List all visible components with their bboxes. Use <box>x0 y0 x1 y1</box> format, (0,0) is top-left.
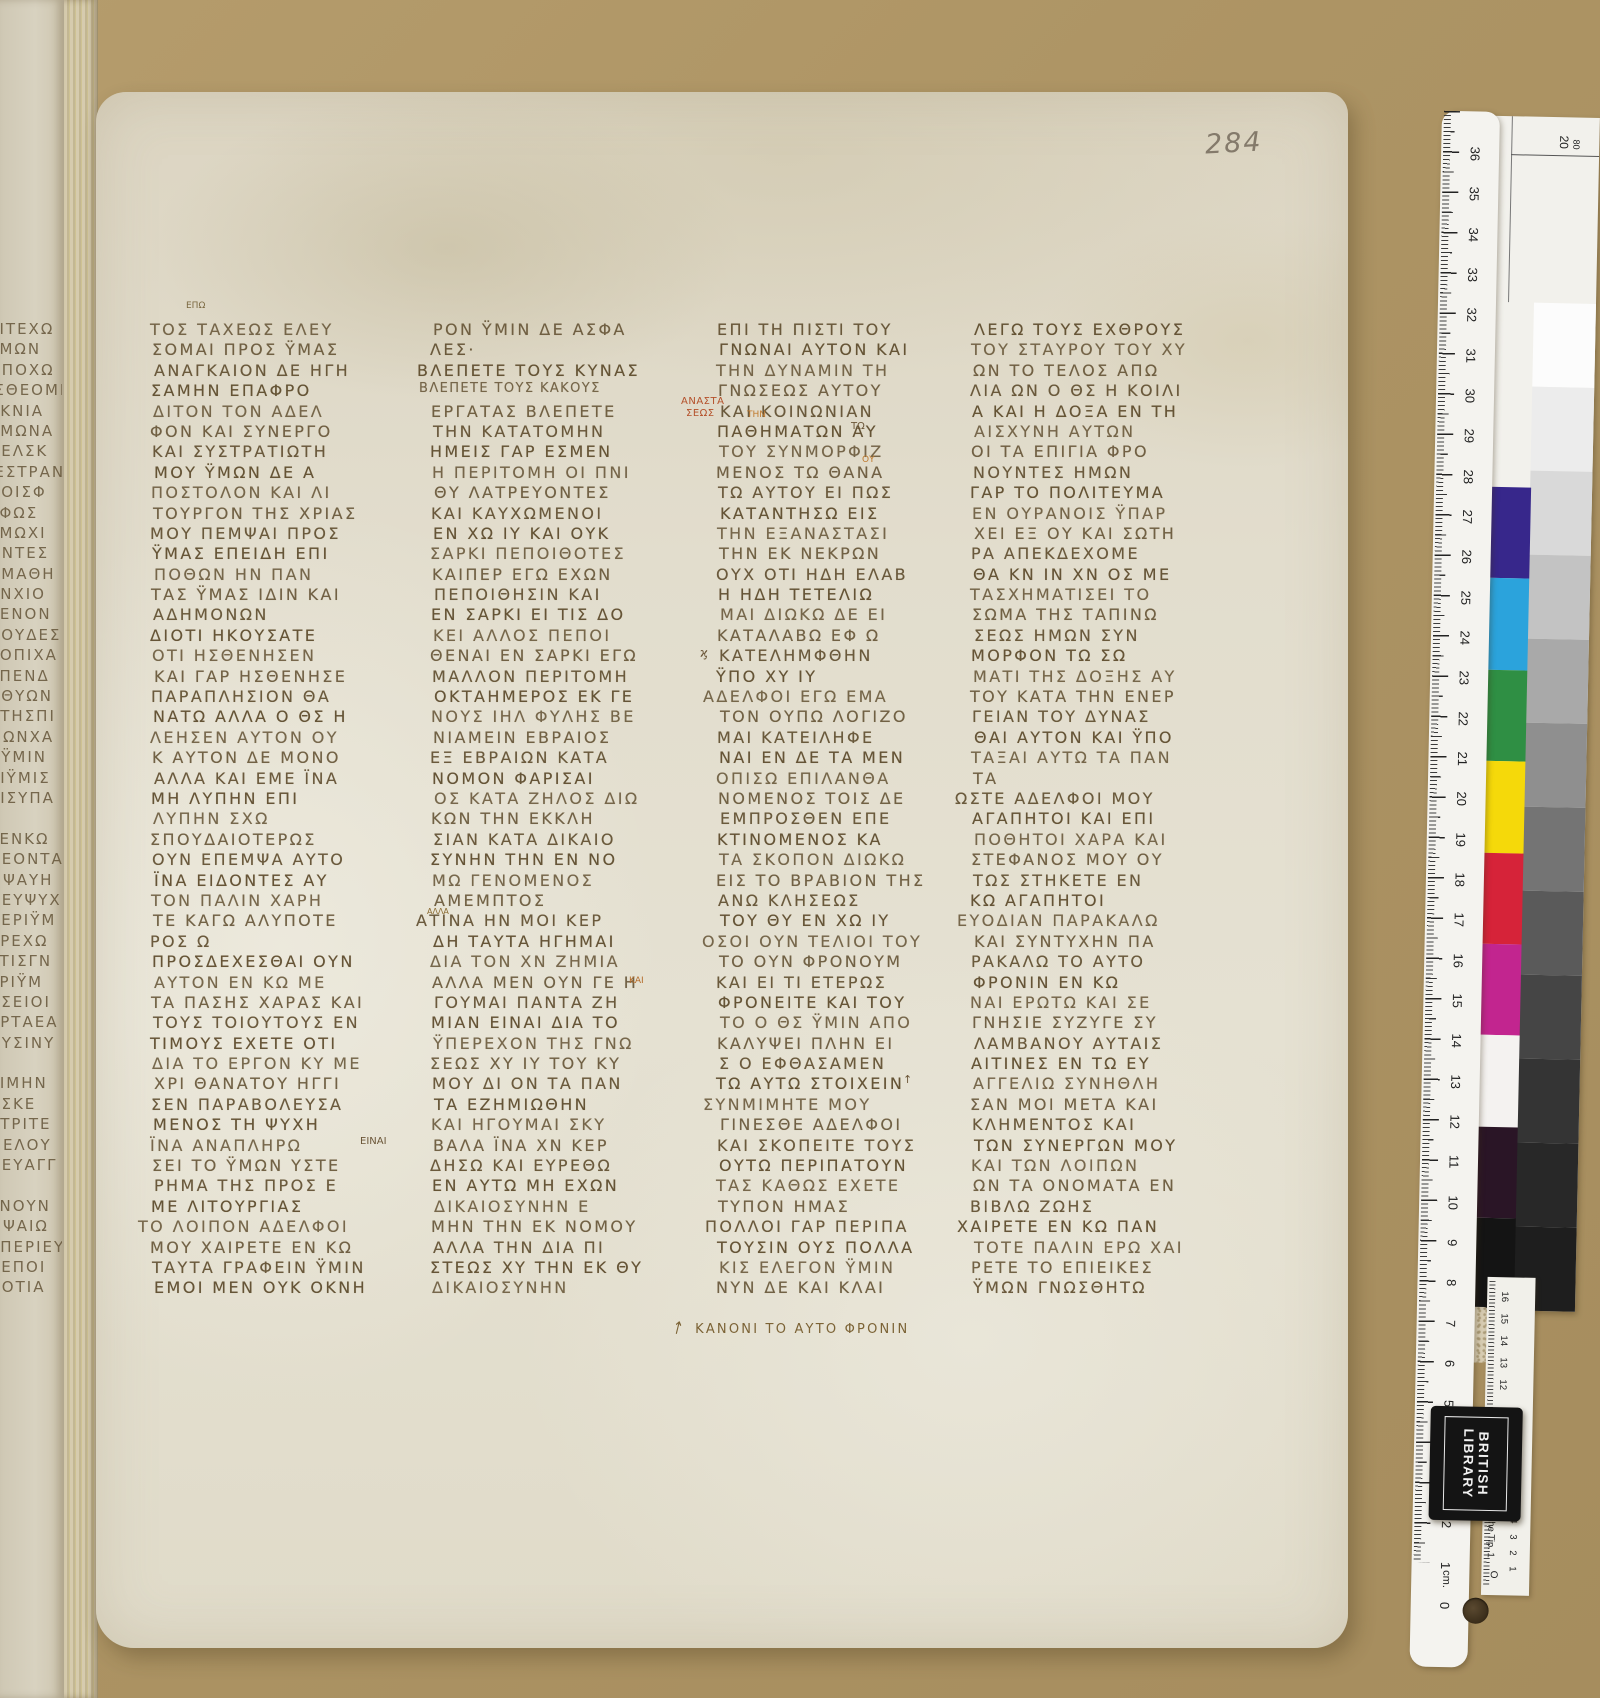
fragment-line: ΜΨΑΙΩ <box>0 1217 62 1237</box>
manuscript-line: ΤΟΝ ΟΥΠΩ ΛΟΓΙΖΟ <box>720 707 970 727</box>
marginal-note: ΤΗΝ <box>747 410 766 420</box>
manuscript-line: ΟΥΝ ΕΠΕΜΨΑ ΑΥΤΟ <box>152 850 402 870</box>
manuscript-line: ΫΜΑΣ ΕΠΕΙΔΗ ΕΠΙ <box>152 544 402 564</box>
manuscript-line: ΠΟΣΤΟΛΟΝ ΚΑΙ ΛΙ <box>151 483 401 503</box>
ruler-cm-number: 15 <box>1450 990 1465 1010</box>
gray-step-11 <box>1515 1142 1579 1227</box>
ruler-cm-number: 17 <box>1451 910 1466 930</box>
manuscript-line: ΝΑΙ ΕΡΩΤΩ ΚΑΙ ΣΕ <box>970 993 1220 1013</box>
fragment-line: ΑΡΕΧΩ <box>0 932 62 952</box>
manuscript-line: ΜΕ ΛΙΤΟΥΡΓΙΑΣ <box>151 1197 401 1217</box>
typographic-scale-number: 12 <box>1497 1379 1508 1390</box>
ruler-cm-number: 24 <box>1457 628 1472 648</box>
manuscript-line: ΤΟΣ ΤΑΧΕΩΣ ΕΛΕΥ <box>150 320 400 340</box>
manuscript-line: ΤΗΝ ΔΥΝΑΜΙΝ ΤΗ <box>716 361 966 381</box>
ruler-cm-number: 6 <box>1442 1353 1457 1373</box>
manuscript-line: ΚΑΙ ΓΑΡ ΗΣΘΕΝΗΣΕ <box>154 667 404 687</box>
typographic-scale-number: 13 <box>1497 1357 1508 1368</box>
marginal-note: ΕΙΝΑΙ <box>360 1136 387 1147</box>
fragment-line: ΝΟΙΣΦ <box>0 483 62 503</box>
gray-step-10 <box>1516 1059 1580 1144</box>
manuscript-line: ΕΝ ΧΩ ΙΥ ΚΑΙ ΟΥΚ <box>433 524 683 544</box>
typographic-scale-zero: O <box>1488 1571 1499 1579</box>
fragment-line: ΕΕΝΚΩ <box>0 830 62 850</box>
manuscript-line: ΩΝ ΤΑ ΟΝΟΜΑΤΑ ΕΝ <box>973 1176 1223 1196</box>
manuscript-line: ΛΕΗΣΕΝ ΑΥΤΟΝ ΟΥ <box>150 728 400 748</box>
grayscale-wedge <box>1513 303 1596 1312</box>
fragment-line: ΑΙΣΥΠΑ <box>0 789 62 809</box>
manuscript-line: ΜΕΝΟΣ ΤΩ ΘΑΝΑ <box>716 463 966 483</box>
manuscript-line: ΤΟΥ ΘΥ ΕΝ ΧΩ ΙΥ <box>720 911 970 931</box>
manuscript-line: ΤΗΝ ΕΚ ΝΕΚΡΩΝ <box>719 544 969 564</box>
fragment-line: ΝΟΥΔΕΣ <box>0 626 62 646</box>
ruler-cm-number: 35 <box>1467 184 1482 204</box>
ruler-cm-number: 34 <box>1466 224 1481 244</box>
manuscript-line: ΔΙΟΤΙ ΗΚΟΥΣΑΤΕ <box>150 626 400 646</box>
fragment-line: ΑΠΕΡΙΕΥ <box>0 1238 62 1258</box>
manuscript-line: Κ ΑΥΤΟΝ ΔΕ ΜΟΝΟ <box>152 748 402 768</box>
insertion-arrow: ↑ <box>903 1073 912 1086</box>
manuscript-line: ΝΟΥΣ ΙΗΛ ΦΥΛΗΣ ΒΕ <box>431 707 681 727</box>
manuscript-line: ΡΗΜΑ ΤΗΣ ΠΡΟΣ Ε <box>154 1176 404 1196</box>
manuscript-line: ΤΑΞΑΙ ΑΥΤΩ ΤΑ ΠΑΝ <box>971 748 1221 768</box>
manuscript-line: ΣΠΟΥΔΑΙΟΤΕΡΩΣ <box>150 830 400 850</box>
manuscript-line: ΔΙΑ ΤΟ ΕΡΓΟΝ ΚΥ ΜΕ <box>152 1054 402 1074</box>
folio-number: 284 <box>1204 127 1263 161</box>
manuscript-line: ΦΡΟΝΙΝ ΕΝ ΚΩ <box>973 973 1223 993</box>
manuscript-line: ΤΙΜΟΥΣ ΕΧΕΤΕ ΟΤΙ <box>150 1034 400 1054</box>
manuscript-line: ΩΣΤΕ ΑΔΕΛΦΟΙ ΜΟΥ <box>955 789 1220 809</box>
manuscript-line: ΔΙΤΟΝ ΤΟΝ ΑΔΕΛ <box>153 402 403 422</box>
manuscript-line: ΟΤΙ ΗΣΘΕΝΗΣΕΝ <box>152 646 402 666</box>
manuscript-line: ΕΝ ΑΥΤΩ ΜΗ ΕΧΩΝ <box>432 1176 682 1196</box>
card-divider-line <box>1508 116 1513 302</box>
manuscript-line: ΤΟ ΛΟΙΠΟΝ ΑΔΕΛΦΟΙ <box>138 1217 403 1237</box>
manuscript-line: ΣΙΑΝ ΚΑΤΑ ΔΙΚΑΙΟ <box>433 830 683 850</box>
ruler-cm-number: 32 <box>1464 305 1479 325</box>
typographic-scale-number: 3 <box>1507 1534 1518 1540</box>
manuscript-line: ΟΚΤΑΗΜΕΡΟΣ ΕΚ ΓΕ <box>434 687 684 707</box>
fragment-line: ΕΙΤΕΧΩ <box>0 320 62 340</box>
fragment-line: ΘΕΥΨΥΧ <box>0 891 62 911</box>
fragment-line: ΑΤΗΣΠΙ <box>0 707 62 727</box>
manuscript-line: ΛΕΓΩ ΤΟΥΣ ΕΧΘΡΟΥΣ <box>974 320 1224 340</box>
manuscript-line: ΩΝ ΤΟ ΤΕΛΟΣ ΑΠΩ <box>973 361 1223 381</box>
manuscript-line: ΤΟΥ ΚΑΤΑ ΤΗΝ ΕΝΕΡ <box>970 687 1220 707</box>
fragment-line: ΣΦΩΣ <box>0 504 62 524</box>
marginal-note: ΚΑΙ <box>629 976 644 986</box>
manuscript-line: ΦΡΟΝΕΙΤΕ ΚΑΙ ΤΟΥ <box>718 993 968 1013</box>
manuscript-line: ΚΑΙ ΚΑΥΧΩΜΕΝΟΙ <box>431 504 681 524</box>
gray-step-6 <box>1523 723 1587 808</box>
gray-step-5 <box>1525 639 1589 724</box>
manuscript-line: ΜΕΝΟΣ ΤΗ ΨΥΧΗ <box>153 1115 403 1135</box>
fragment-line: ΙΕΣΤΡΑΝ <box>0 463 62 483</box>
typographic-scale-number: 1 <box>1507 1566 1518 1572</box>
manuscript-line: ΠΟΘΗΤΟΙ ΧΑΡΑ ΚΑΙ <box>974 830 1224 850</box>
fragment-line: ΗΣΕΙΟΙ <box>0 993 62 1013</box>
manuscript-line: ΑΓΑΠΗΤΟΙ ΚΑΙ ΕΠΙ <box>972 809 1222 829</box>
fragment-line: ΝΕΛΣΚ <box>0 442 62 462</box>
manuscript-line: ΜΗ ΛΥΠΗΝ ΕΠΙ <box>151 789 401 809</box>
manuscript-line: ΧΑΙΡΕΤΕ ΕΝ ΚΩ ΠΑΝ <box>957 1217 1222 1237</box>
fragment-line: ΑΝΧΙΟ <box>0 585 62 605</box>
fragment-line: ΣΠΕΝΔ <box>0 667 62 687</box>
manuscript-line: ΚΑΙ ΗΓΟΥΜΑΙ ΣΚΥ <box>431 1115 681 1135</box>
manuscript-line: ΓΝΗΣΙΕ ΣΥΖΥΓΕ ΣΥ <box>972 1013 1222 1033</box>
gray-step-9 <box>1518 975 1582 1060</box>
manuscript-line: ΑΤΙΝΑ ΗΝ ΜΟΙ ΚΕΡ <box>416 911 681 931</box>
manuscript-line: ΟΣΟΙ ΟΥΝ ΤΕΛΙΟΙ ΤΟΥ <box>702 932 967 952</box>
ruler-cm-number: 21 <box>1455 749 1470 769</box>
fragment-line: ΣΤΙΣΓΝ <box>0 952 62 972</box>
manuscript-line: ΝΟΜΟΝ ΦΑΡΙΣΑΙ <box>432 769 682 789</box>
marginal-note-red: ΑΝΑΣΤΑ <box>681 396 724 407</box>
fragment-line: ΘΟΤΙΑ <box>0 1278 62 1298</box>
manuscript-line: ΝΑΤΩ ΑΛΛΑ Ο ΘΣ Η <box>153 707 403 727</box>
manuscript-line: ΜΑΙ ΔΙΩΚΩ ΔΕ ΕΙ <box>720 605 970 625</box>
manuscript-line: ΔΗΣΩ ΚΑΙ ΕΥΡΕΘΩ <box>430 1156 680 1176</box>
manuscript-line: ΘΥ ΛΑΤΡΕΥΟΝΤΕΣ <box>434 483 684 503</box>
manuscript-line: ΓΟΥΜΑΙ ΠΑΝΤΑ ΖΗ <box>434 993 684 1013</box>
manuscript-line: ΜΑΙ ΚΑΤΕΙΛΗΦΕ <box>717 728 967 748</box>
ruler-cm-number: 8 <box>1444 1273 1459 1293</box>
manuscript-line: ΑΜΕΜΠΤΟΣ <box>434 891 684 911</box>
manuscript-line: ΟΣ ΚΑΤΑ ΖΗΛΟΣ ΔΙΩ <box>434 789 684 809</box>
fragment-line: ΝΫΜΙΝ <box>0 748 62 768</box>
manuscript-line: ΤΑ ΣΚΟΠΟΝ ΔΙΩΚΩ <box>719 850 969 870</box>
manuscript-line: ΕΝ ΟΥΡΑΝΟΙΣ ΫΠΑΡ <box>972 504 1222 524</box>
library-label-line: LIBRARY <box>1460 1428 1476 1498</box>
manuscript-line: ΠΑΡΑΠΛΗΣΙΟΝ ΘΑ <box>151 687 401 707</box>
fragment-line: ΗΘΥΩΝ <box>0 687 62 707</box>
manuscript-line: ΔΙΚΑΙΟΣΥΝΗΝ Ε <box>434 1197 684 1217</box>
ruler-cm-number: 26 <box>1459 547 1474 567</box>
manuscript-line: ΤΑ ΕΖΗΜΙΩΘΗΝ <box>434 1095 684 1115</box>
typographic-scale-number: 14 <box>1498 1335 1509 1346</box>
fragment-line: ΣΜΩΝ <box>0 340 62 360</box>
book-fore-edge <box>64 0 98 1698</box>
fragment-line: ΟΠΟΧΩ <box>0 361 62 381</box>
ruler-cm-number: 33 <box>1465 265 1480 285</box>
manuscript-line: ΒΑΛΑ ΪΝΑ ΧΝ ΚΕΡ <box>433 1136 683 1156</box>
manuscript-line: ΣΟΜΑΙ ΠΡΟΣ ΫΜΑΣ <box>152 340 402 360</box>
manuscript-line: ΓΝΩΣΕΩΣ ΑΥΤΟΥ <box>718 381 968 401</box>
fragment-line: ΟΝΤΕΣ <box>0 544 62 564</box>
ruler-unit-label: cm. <box>1440 1570 1452 1588</box>
manuscript-line: ΑΛΛΑ ΚΑΙ ΕΜΕ ΪΝΑ <box>154 769 404 789</box>
manuscript-line: ΤΗΝ ΚΑΤΑΤΟΜΗΝ <box>433 422 683 442</box>
manuscript-line: ΫΠΟ ΧΥ ΙΥ <box>716 667 966 687</box>
ruler-hole <box>1462 1597 1489 1624</box>
manuscript-line: ΕΜΠΡΟΣΘΕΝ ΕΠΕ <box>720 809 970 829</box>
manuscript-line: ΜΑΛΛΟΝ ΠΕΡΙΤΟΜΗ <box>432 667 682 687</box>
fragment-line: ΑΙΫΜΙΣ <box>0 769 62 789</box>
manuscript-line: ΚΙΣ ΕΛΕΓΟΝ ΫΜΙΝ <box>719 1258 969 1278</box>
manuscript-line: ΣΥΝΜΙΜΗΤΕ ΜΟΥ <box>703 1095 968 1115</box>
foot-correction-text: ΚΑΝΟΝΙ ΤΟ ΑΥΤΟ ΦΡΟΝΙΝ <box>695 1322 909 1337</box>
manuscript-line: ΚΑΤΕΛΗΜΦΘΗΝ <box>719 646 969 666</box>
ruler-cm-number: 27 <box>1460 507 1475 527</box>
manuscript-line: ΕΠΙ ΤΗ ΠΙΣΤΙ ΤΟΥ <box>717 320 967 340</box>
manuscript-line: ΜΟΥ ΔΙ ΟΝ ΤΑ ΠΑΝ <box>432 1074 682 1094</box>
manuscript-line: ΠΡΟΣΔΕΧΕΣΘΑΙ ΟΥΝ <box>152 952 402 972</box>
manuscript-line: ΟΙ ΤΑ ΕΠΙΓΙΑ ΦΡΟ <box>971 442 1221 462</box>
manuscript-line: ΚΑΙ ΣΥΝΤΥΧΗΝ ΠΑ <box>974 932 1224 952</box>
gray-step-7 <box>1522 807 1586 892</box>
fragment-line: ΟΥΣΙΝΥ <box>0 1034 62 1054</box>
manuscript-line: ΝΙΑΜΕΙΝ ΕΒΡΑΙΟΣ <box>433 728 683 748</box>
marginal-note: ΤΩ <box>851 421 865 432</box>
manuscript-line: ΦΟΝ ΚΑΙ ΣΥΝΕΡΓΟ <box>150 422 400 442</box>
ruler-cm-number: 31 <box>1463 345 1478 365</box>
manuscript-line: ΤΑΣΧΗΜΑΤΙΣΕΙ ΤΟ <box>970 585 1220 605</box>
manuscript-line: ΒΛΕΠΕΤΕ ΤΟΥΣ ΚΑΚΟΥΣ <box>419 381 684 401</box>
manuscript-line: ΤΟΥ ΣΥΝΜΟΡΦΙΖ <box>719 442 969 462</box>
manuscript-line: ΜΟΥ ΫΜΩΝ ΔΕ Α <box>154 463 404 483</box>
marginal-kai-siglum: ϗ <box>700 646 708 660</box>
card-scale-number: 80 <box>1571 139 1581 149</box>
fragment-line: ΚΙΜΗΝ <box>0 1074 62 1094</box>
fragment-line: ΣΜΩΧΙ <box>0 524 62 544</box>
fragment-line: ΚΕΝΟΝ <box>0 605 62 625</box>
manuscript-line: ΘΑ ΚΝ ΙΝ ΧΝ ΟΣ ΜΕ <box>973 565 1223 585</box>
manuscript-line: ΑΙΤΙΝΕΣ ΕΝ ΤΩ ΕΥ <box>971 1054 1221 1074</box>
manuscript-line: ΝΥΝ ΔΕ ΚΑΙ ΚΛΑΙ <box>716 1278 966 1298</box>
typographic-scale-numbers: 1615141312 <box>1488 1277 1536 1278</box>
fragment-line: ΑΤΡΙΤΕ <box>0 1115 62 1135</box>
manuscript-line: ΡΑ ΑΠΕΚΔΕΧΟΜΕ <box>971 544 1221 564</box>
manuscript-line: ΣΥΝΗΝ ΤΗΝ ΕΝ ΝΟ <box>430 850 680 870</box>
manuscript-line: ΡΑΚΑΛΩ ΤΟ ΑΥΤΟ <box>971 952 1221 972</box>
manuscript-line: ΒΙΒΛΩ ΖΩΗΣ <box>970 1197 1220 1217</box>
manuscript-line: ΚΕΙ ΑΛΛΟΣ ΠΕΠΟΙ <box>433 626 683 646</box>
manuscript-line: ΣΕΩΣ ΧΥ ΙΥ ΤΟΥ ΚΥ <box>430 1054 680 1074</box>
manuscript-line: ΚΑΤΑΝΤΗΣΩ ΕΙΣ <box>720 504 970 524</box>
fragment-line <box>0 1054 62 1074</box>
manuscript-line: ΝΟΥΝΤΕΣ ΗΜΩΝ <box>973 463 1223 483</box>
fragment-line: ΩΣΚΕ <box>0 1095 62 1115</box>
manuscript-line: ΪΝΑ ΕΙΔΟΝΤΕΣ ΑΥ <box>154 871 404 891</box>
fragment-line: ΗΜΑΘΗ <box>0 565 62 585</box>
gray-step-8 <box>1520 891 1584 976</box>
card-divider-line <box>1511 154 1599 157</box>
manuscript-line: ΟΥΧ ΟΤΙ ΗΔΗ ΕΛΑΒ <box>716 565 966 585</box>
ruler-cm-number: 23 <box>1456 668 1471 688</box>
manuscript-line: ΫΜΩΝ ΓΝΩΣΘΗΤΩ <box>973 1278 1223 1298</box>
ruler-cm-number: 13 <box>1448 1071 1463 1091</box>
manuscript-line: ΜΩ ΓΕΝΟΜΕΝΟΣ <box>432 871 682 891</box>
manuscript-line: ΕΝ ΣΑΡΚΙ ΕΙ ΤΙΣ ΔΟ <box>431 605 681 625</box>
fragment-line: ΕΝΟΥΝ <box>0 1197 62 1217</box>
manuscript-line: ΝΟΜΕΝΟΣ ΤΟΙΣ ΔΕ <box>718 789 968 809</box>
manuscript-line: ΤΟ ΟΥΝ ΦΡΟΝΟΥΜ <box>719 952 969 972</box>
manuscript-line: ΤΑΥΤΑ ΓΡΑΦΕΙΝ ΫΜΙΝ <box>152 1258 402 1278</box>
fragment-line: ΘΕΟΝΤΑ <box>0 850 62 870</box>
fragment-line: ΠΕΡΙΫΜ <box>0 911 62 931</box>
manuscript-line: ΓΙΝΕΣΘΕ ΑΔΕΛΦΟΙ <box>720 1115 970 1135</box>
ruler-cm-number: 28 <box>1461 466 1476 486</box>
manuscript-line: ΣΕΙ ΤΟ ΫΜΩΝ ΥΣΤΕ <box>152 1156 402 1176</box>
fragment-line: ΚΟΠΙΧΑ <box>0 646 62 666</box>
manuscript-line: ΠΑΘΗΜΑΤΩΝ ΑΥ <box>717 422 967 442</box>
text-column-2: ΡΟΝ ΫΜΙΝ ΔΕ ΑΣΦΑΛΕΣ·ΒΛΕΠΕΤΕ ΤΟΥΣ ΚΥΝΑΣΒΛ… <box>432 320 682 1299</box>
fragment-line: ΑΚΝΙΑ <box>0 402 62 422</box>
manuscript-line: ΓΑΡ ΤΟ ΠΟΛΙΤΕΥΜΑ <box>970 483 1220 503</box>
manuscript-line: ΕΞ ΕΒΡΑΙΩΝ ΚΑΤΑ <box>430 748 680 768</box>
previous-folio-text-fragments: ΕΙΤΕΧΩΣΜΩΝΟΠΟΧΩΙΣΘΕΟΜΙΑΚΝΙΑΑΜΩΝΑΝΕΛΣΚΙΕΣ… <box>0 320 62 1299</box>
ruler-cm-number: 14 <box>1449 1031 1464 1051</box>
card-scale-number: 20 <box>1557 135 1571 149</box>
manuscript-line: ΟΠΙΣΩ ΕΠΙΛΑΝΘΑ <box>716 769 966 789</box>
manuscript-line: ΤΑ <box>973 769 1223 789</box>
typographic-scale-number: 15 <box>1498 1313 1509 1324</box>
ruler-cm-number: 29 <box>1461 426 1476 446</box>
manuscript-line: ΠΕΠΟΙΘΗΣΙΝ ΚΑΙ <box>434 585 684 605</box>
manuscript-line: ΔΙΑ ΤΟΝ ΧΝ ΖΗΜΙΑ <box>430 952 680 972</box>
fragment-line: ΙΣΘΕΟΜΙ <box>0 381 62 401</box>
manuscript-line: ΚΑΙ ΕΙ ΤΙ ΕΤΕΡΩΣ <box>716 973 966 993</box>
fragment-line: ΜΕΛΟΥ <box>0 1136 62 1156</box>
manuscript-line: ΠΟΛΛΟΙ ΓΑΡ ΠΕΡΙΠΑ <box>705 1217 970 1237</box>
manuscript-line: ΑΙΣΧΥΝΗ ΑΥΤΩΝ <box>974 422 1224 442</box>
fragment-line: ΠΕΠΟΙ <box>0 1258 62 1278</box>
gray-step-1 <box>1532 303 1596 388</box>
manuscript-line: ΜΑΤΙ ΤΗΣ ΔΟΞΗΣ ΑΥ <box>973 667 1223 687</box>
manuscript-line: ΤΟΤΕ ΠΑΛΙΝ ΕΡΩ ΧΑΙ <box>974 1238 1224 1258</box>
manuscript-line: ΤΩΝ ΣΥΝΕΡΓΩΝ ΜΟΥ <box>974 1136 1224 1156</box>
manuscript-line: Σ Ο ΕΦΘΑΣΑΜΕΝ <box>719 1054 969 1074</box>
manuscript-line: ΤΑ ΠΑΣΗΣ ΧΑΡΑΣ ΚΑΙ <box>151 993 401 1013</box>
manuscript-line: ΚΑΙ ΣΚΟΠΕΙΤΕ ΤΟΥΣ <box>717 1136 967 1156</box>
photograph-of-codex-page: { "page": { "folio_number": "284", "bott… <box>0 0 1600 1698</box>
manuscript-line: ΚΛΗΜΕΝΤΟΣ ΚΑΙ <box>972 1115 1222 1135</box>
manuscript-line: ΑΔΗΜΟΝΩΝ <box>153 605 403 625</box>
fragment-line: ΜΩΝΧΑ <box>0 728 62 748</box>
manuscript-line: Η ΠΕΡΙΤΟΜΗ ΟΙ ΠΝΙ <box>432 463 682 483</box>
manuscript-line: ΤΟ Ο ΘΣ ΫΜΙΝ ΑΠΟ <box>720 1013 970 1033</box>
manuscript-line: ΤΕ ΚΑΓΩ ΑΛΥΠΟΤΕ <box>153 911 403 931</box>
manuscript-line: ΣΩΜΑ ΤΗΣ ΤΑΠΙΝΩ <box>972 605 1222 625</box>
typographic-scale-numbers: 4321 <box>1488 1277 1536 1278</box>
fragment-line <box>0 809 62 829</box>
ruler-cm-number: 30 <box>1462 386 1477 406</box>
fragment-line <box>0 1176 62 1196</box>
ruler-cm-number: 22 <box>1456 708 1471 728</box>
ruler-cm-number: 10 <box>1445 1192 1460 1212</box>
manuscript-line: ΑΔΕΛΦΟΙ ΕΓΩ ΕΜΑ <box>703 687 968 707</box>
manuscript-line: ΚΑΛΥΨΕΙ ΠΛΗΝ ΕΙ <box>717 1034 967 1054</box>
text-column-1: ΤΟΣ ΤΑΧΕΩΣ ΕΛΕΥΣΟΜΑΙ ΠΡΟΣ ΫΜΑΣΑΝΑΓΚΑΙΟΝ … <box>152 320 402 1299</box>
manuscript-line: ΜΟΥ ΧΑΙΡΕΤΕ ΕΝ ΚΩ <box>150 1238 400 1258</box>
manuscript-line: ΓΝΩΝΑΙ ΑΥΤΟΝ ΚΑΙ <box>719 340 969 360</box>
british-library-clip: BRITISH LIBRARY <box>1429 1406 1523 1522</box>
fragment-line: ΕΡΙΫΜ <box>0 973 62 993</box>
typographic-scale-number: 16 <box>1499 1291 1510 1302</box>
manuscript-line: ΑΥΤΟΝ ΕΝ ΚΩ ΜΕ <box>154 973 404 993</box>
manuscript-line: ΤΟΥ ΣΤΑΥΡΟΥ ΤΟΥ ΧΥ <box>971 340 1221 360</box>
manuscript-line: Η ΗΔΗ ΤΕΤΕΛΙΩ <box>718 585 968 605</box>
manuscript-line: ΜΟΡΦΟΝ ΤΩ ΣΩ <box>971 646 1221 666</box>
manuscript-line: ΡΟΝ ΫΜΙΝ ΔΕ ΑΣΦΑ <box>433 320 683 340</box>
foot-correction-note: ↑ΚΑΝΟΝΙ ΤΟ ΑΥΤΟ ΦΡΟΝΙΝ <box>672 1322 909 1337</box>
manuscript-line: ΚΑΤΑΛΑΒΩ ΕΦ Ω <box>717 626 967 646</box>
manuscript-line: ΤΩ ΑΥΤΟΥ ΕΙ ΠΩΣ <box>718 483 968 503</box>
marginal-note: ΑΛΛΑ <box>427 907 449 916</box>
manuscript-line: ΑΝΩ ΚΛΗΣΕΩΣ <box>718 891 968 911</box>
ruler-cm-number: 19 <box>1453 829 1468 849</box>
gray-step-3 <box>1529 471 1593 556</box>
marginal-note-red: ΣΕΩΣ <box>686 408 715 419</box>
ruler-cm-number: 11 <box>1446 1152 1461 1172</box>
manuscript-line: ΑΓΓΕΛΙΩ ΣΥΝΗΘΛΗ <box>973 1074 1223 1094</box>
fragment-line: ΘΕΥΑΓΓ <box>0 1156 62 1176</box>
manuscript-line: ΘΕΝΑΙ ΕΝ ΣΑΡΚΙ ΕΓΩ <box>430 646 680 666</box>
manuscript-line: ΣΤΕΦΑΝΟΣ ΜΟΥ ΟΥ <box>971 850 1221 870</box>
manuscript-line: ΚΑΙ ΣΥΣΤΡΑΤΙΩΤΗ <box>152 442 402 462</box>
manuscript-line: ΣΤΕΩΣ ΧΥ ΤΗΝ ΕΚ ΘΥ <box>430 1258 680 1278</box>
manuscript-line: ΫΠΕΡΕΧΟΝ ΤΗΣ ΓΝΩ <box>433 1034 683 1054</box>
manuscript-line: ΣΑΝ ΜΟΙ ΜΕΤΑ ΚΑΙ <box>970 1095 1220 1115</box>
ruler-cm-number: 20 <box>1454 789 1469 809</box>
manuscript-line: ΚΤΙΝΟΜΕΝΟΣ ΚΑ <box>717 830 967 850</box>
ruler-cm-number: 18 <box>1452 870 1467 890</box>
manuscript-line: ΤΟΥΣΙΝ ΟΥΣ ΠΟΛΛΑ <box>717 1238 967 1258</box>
ruler-cm-number: 12 <box>1447 1111 1462 1131</box>
manuscript-line: ΛΑΜΒΑΝΟΥ ΑΥΤΑΙΣ <box>974 1034 1224 1054</box>
text-column-3: ΕΠΙ ΤΗ ΠΙΣΤΙ ΤΟΥΓΝΩΝΑΙ ΑΥΤΟΝ ΚΑΙΤΗΝ ΔΥΝΑ… <box>718 320 968 1299</box>
manuscript-line: ΡΕΤΕ ΤΟ ΕΠΙΕΙΚΕΣ <box>971 1258 1221 1278</box>
manuscript-line: ΔΗ ΤΑΥΤΑ ΗΓΗΜΑΙ <box>433 932 683 952</box>
ruler-cm-number: 36 <box>1467 144 1482 164</box>
manuscript-line: ΕΥΟΔΙΑΝ ΠΑΡΑΚΑΛΩ <box>957 911 1222 931</box>
manuscript-line: ΚΑΙΠΕΡ ΕΓΩ ΕΧΩΝ <box>432 565 682 585</box>
manuscript-line: ΣΕΩΣ ΗΜΩΝ ΣΥΝ <box>974 626 1224 646</box>
text-column-4: ΛΕΓΩ ΤΟΥΣ ΕΧΘΡΟΥΣΤΟΥ ΣΤΑΥΡΟΥ ΤΟΥ ΧΥΩΝ ΤΟ… <box>972 320 1222 1299</box>
manuscript-line: ΤΑΣ ΚΑΘΩΣ ΕΧΕΤΕ <box>716 1176 966 1196</box>
fragment-line: ΑΜΩΝΑ <box>0 422 62 442</box>
manuscript-line: ΗΜΕΙΣ ΓΑΡ ΕΣΜΕΝ <box>430 442 680 462</box>
manuscript-line: ΤΩΣ ΣΤΗΚΕΤΕ ΕΝ <box>973 871 1223 891</box>
manuscript-line: ΡΟΣ Ω <box>150 932 400 952</box>
ruler-cm-number: 25 <box>1458 587 1473 607</box>
manuscript-line: ΤΟΥΡΓΟΝ ΤΗΣ ΧΡΙΑΣ <box>153 504 403 524</box>
manuscript-line: ΑΛΛΑ ΤΗΝ ΔΙΑ ΠΙ <box>433 1238 683 1258</box>
manuscript-line: ΝΑΙ ΕΝ ΔΕ ΤΑ ΜΕΝ <box>719 748 969 768</box>
manuscript-line: ΜΟΥ ΠΕΜΨΑΙ ΠΡΟΣ <box>150 524 400 544</box>
manuscript-line: ΘΑΙ ΑΥΤΟΝ ΚΑΙ ΫΠΟ <box>974 728 1224 748</box>
manuscript-line: ΣΕΝ ΠΑΡΑΒΟΛΕΥΣΑ <box>151 1095 401 1115</box>
ruler-cm-number: 7 <box>1443 1313 1458 1333</box>
manuscript-line: ΣΑΜΗΝ ΕΠΑΦΡΟ <box>151 381 401 401</box>
british-library-label-frame: BRITISH LIBRARY <box>1443 1416 1509 1511</box>
library-label-line: BRITISH <box>1475 1429 1491 1499</box>
manuscript-line: ΟΥΤΩ ΠΕΡΙΠΑΤΟΥΝ <box>719 1156 969 1176</box>
manuscript-line: ΛΥΠΗΝ ΣΧΩ <box>153 809 403 829</box>
typographic-scale-number: 2 <box>1507 1550 1518 1556</box>
manuscript-line: ΚΩ ΑΓΑΠΗΤΟΙ <box>970 891 1220 911</box>
manuscript-line: ΤΟΥΣ ΤΟΙΟΥΤΟΥΣ ΕΝ <box>153 1013 403 1033</box>
fragment-line: ΑΡΤΑΕΑ <box>0 1013 62 1033</box>
ruler-cm-number: 9 <box>1445 1232 1460 1252</box>
manuscript-line: ΚΩΝ ΤΗΝ ΕΚΚΛΗ <box>431 809 681 829</box>
manuscript-line: ΔΙΚΑΙΟΣΥΝΗΝ <box>432 1278 682 1298</box>
ruler-cm-number: 0 <box>1437 1595 1452 1615</box>
gray-step-2 <box>1530 387 1594 472</box>
manuscript-line: ΤΥΠΟΝ ΗΜΑΣ <box>718 1197 968 1217</box>
manuscript-line: ΧΕΙ ΕΞ ΟΥ ΚΑΙ ΣΩΤΗ <box>974 524 1224 544</box>
marginal-note: ΟΥ <box>862 455 875 465</box>
